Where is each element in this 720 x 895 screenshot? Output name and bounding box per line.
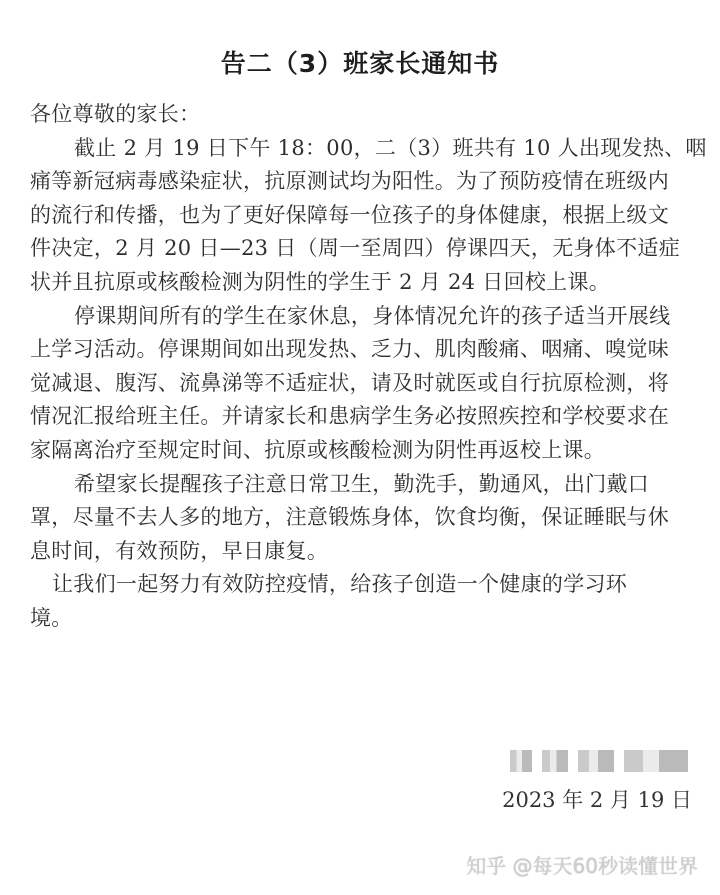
- paragraph-1-line-5: 状并且抗原或核酸检测为阴性的学生于 2 月 24 日回校上课。: [30, 266, 700, 300]
- paragraph-3-line-3: 息时间，有效预防，早日康复。: [30, 535, 700, 569]
- document-body: 各位尊敬的家长： 截止 2 月 19 日下午 18：00，二（3）班共有 10 …: [30, 98, 700, 636]
- salutation: 各位尊敬的家长：: [30, 98, 700, 132]
- paragraph-3-line-1: 希望家长提醒孩子注意日常卫生，勤洗手，勤通风，出门戴口: [30, 468, 700, 502]
- paragraph-1-line-1: 截止 2 月 19 日下午 18：00，二（3）班共有 10 人出现发热、咽: [30, 132, 700, 166]
- document-title: 告二（3）班家长通知书: [0, 44, 720, 80]
- paragraph-4-line-2: 境。: [30, 602, 700, 636]
- paragraph-4-line-1: 让我们一起努力有效防控疫情，给孩子创造一个健康的学习环: [30, 568, 700, 602]
- paragraph-2-line-3: 觉减退、腹泻、流鼻涕等不适症状，请及时就医或自行抗原检测，将: [30, 367, 700, 401]
- signature-block: 2023 年 2 月 19 日: [502, 750, 692, 814]
- paragraph-3-line-2: 罩，尽量不去人多的地方，注意锻炼身体，饮食均衡，保证睡眠与休: [30, 501, 700, 535]
- zhihu-watermark: 知乎 @每天60秒读懂世界: [466, 850, 698, 879]
- paragraph-1-line-4: 件决定，2 月 20 日—23 日（周一至周四）停课四天，无身体不适症: [30, 232, 700, 266]
- paragraph-1-line-2: 痛等新冠病毒感染症状，抗原测试均为阳性。为了预防疫情在班级内: [30, 165, 700, 199]
- paragraph-1-line-3: 的流行和传播，也为了更好保障每一位孩子的身体健康，根据上级文: [30, 199, 700, 233]
- paragraph-2-line-2: 上学习活动。停课期间如出现发热、乏力、肌肉酸痛、咽痛、嗅觉味: [30, 333, 700, 367]
- document-date: 2023 年 2 月 19 日: [502, 784, 692, 814]
- paragraph-2-line-5: 家隔离治疗至规定时间、抗原或核酸检测为阴性再返校上课。: [30, 434, 700, 468]
- paragraph-2-line-4: 情况汇报给班主任。并请家长和患病学生务必按照疾控和学校要求在: [30, 400, 700, 434]
- paragraph-2-line-1: 停课期间所有的学生在家休息，身体情况允许的孩子适当开展线: [30, 300, 700, 334]
- redacted-signature: [502, 750, 688, 776]
